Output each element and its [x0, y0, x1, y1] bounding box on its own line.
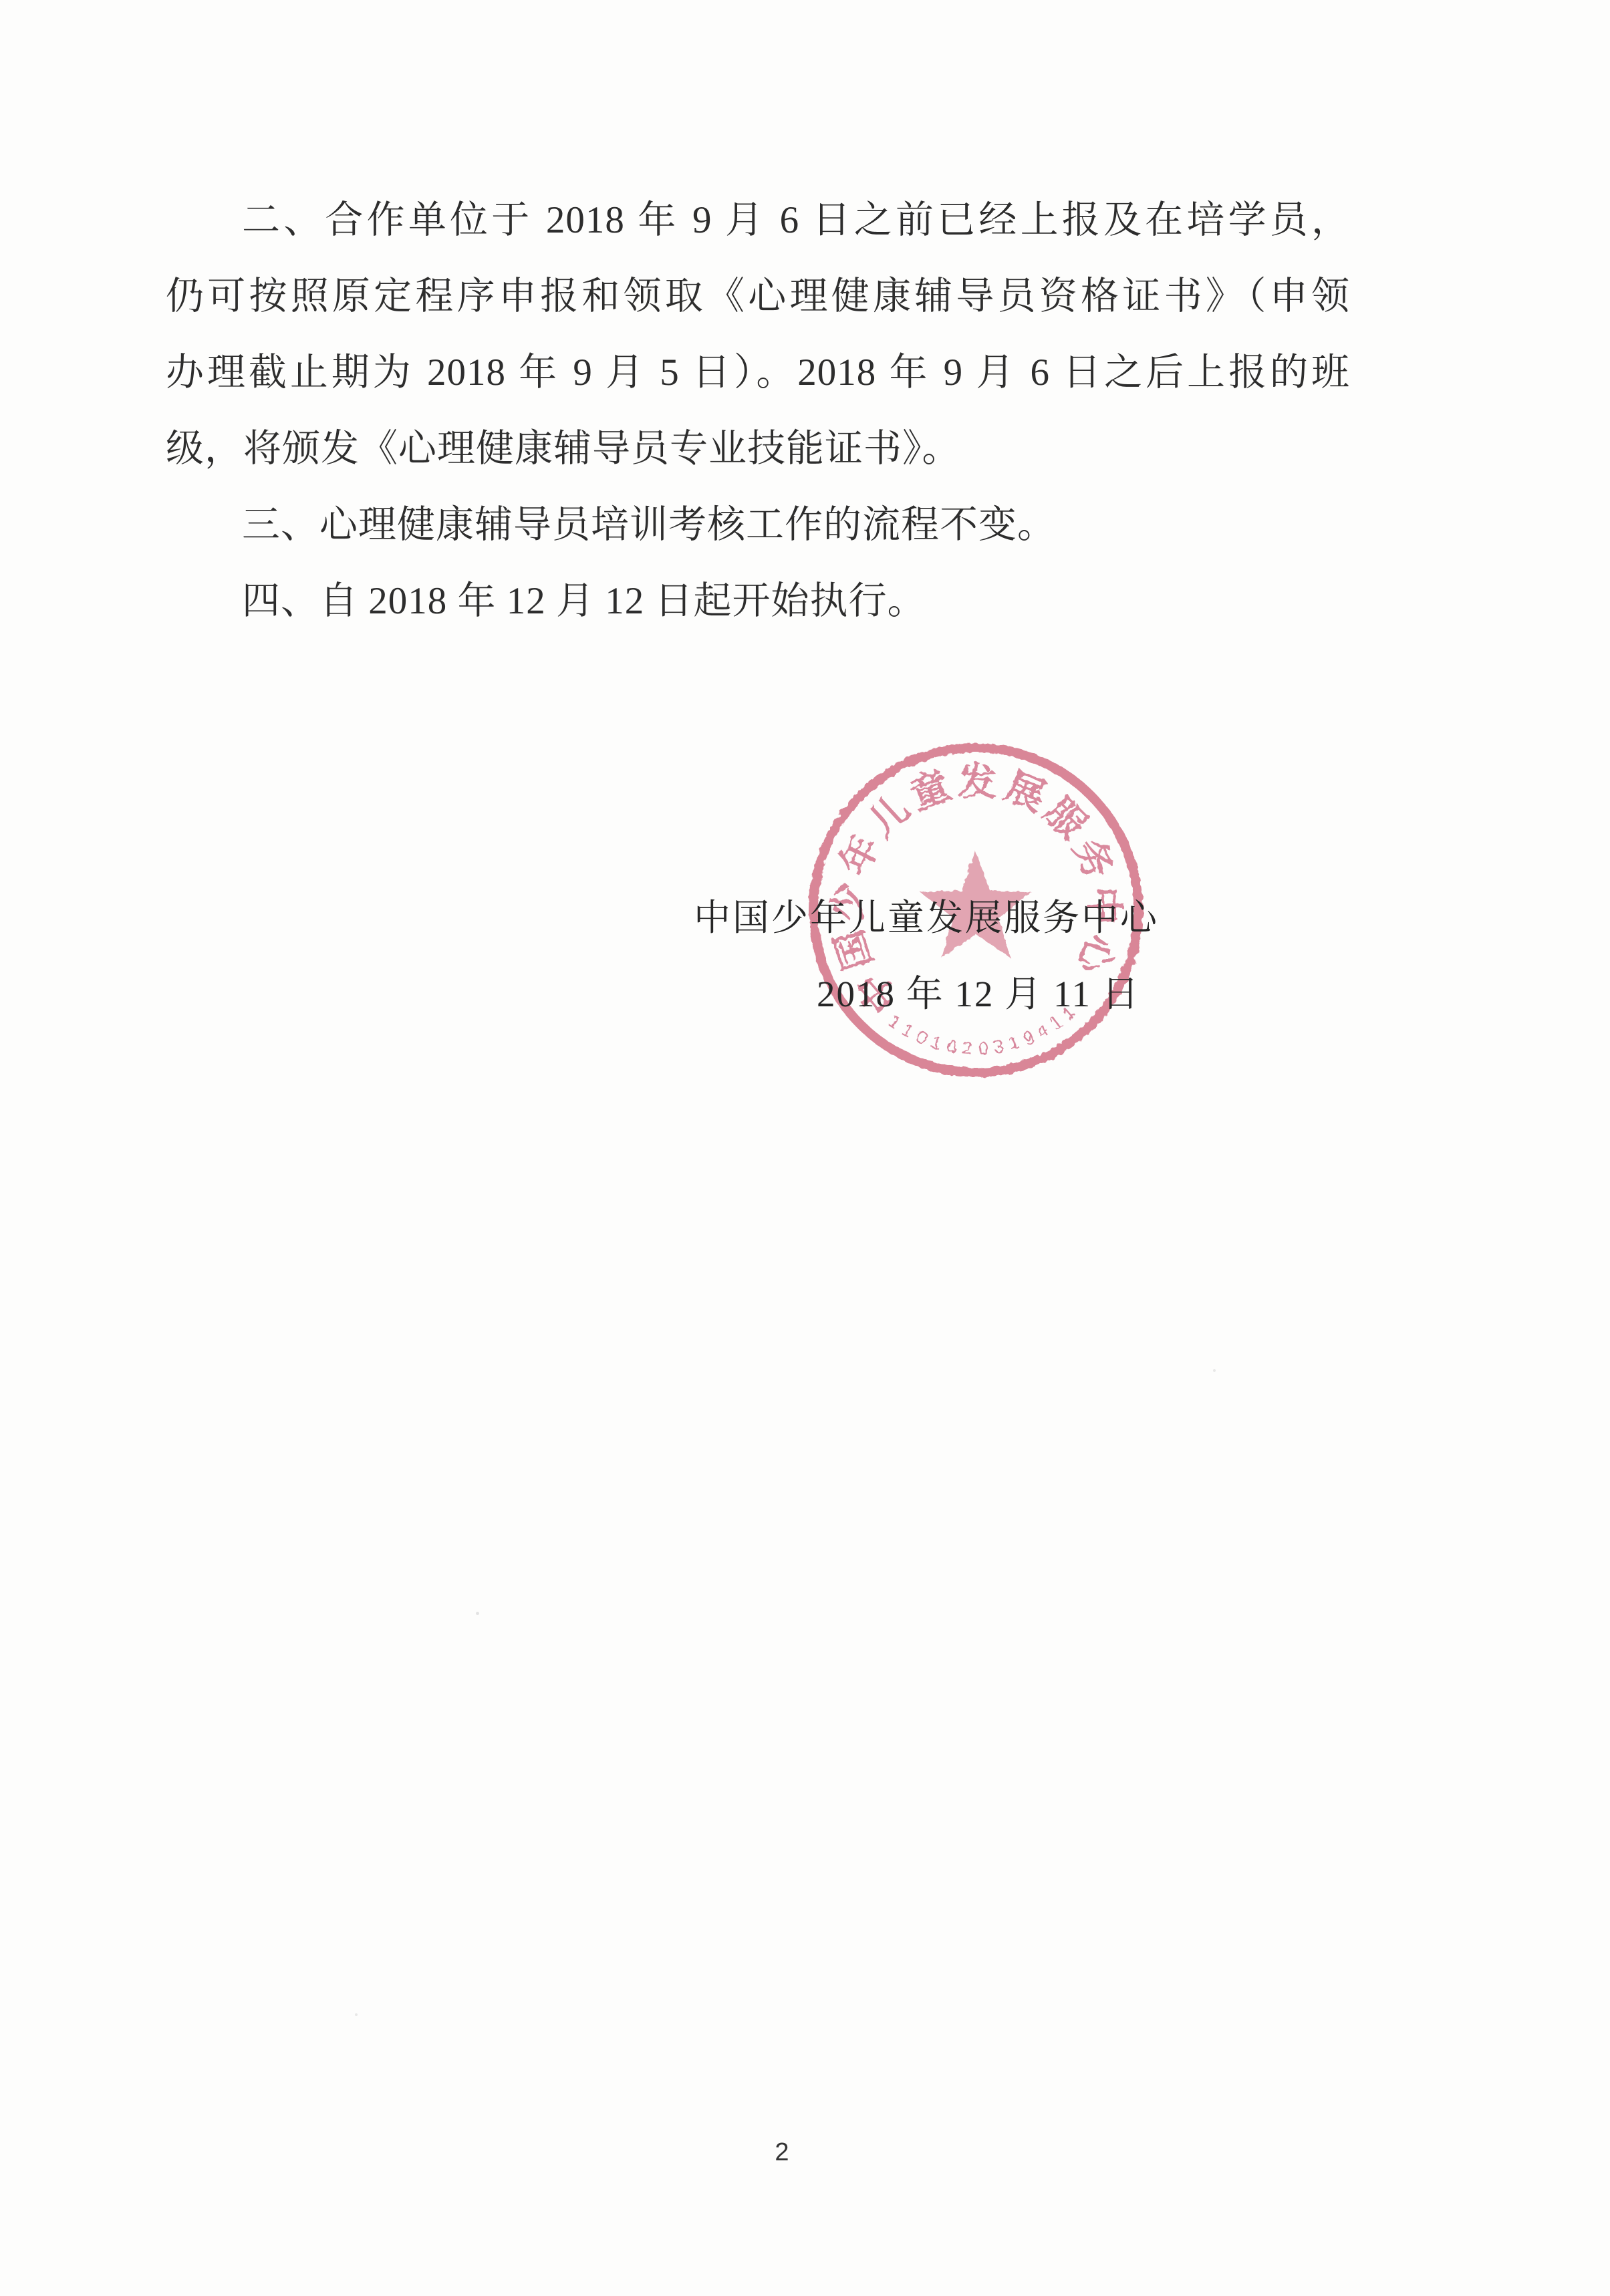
- svg-text:年: 年: [832, 829, 888, 882]
- text-line: 四、自 2018 年 12 月 12 日起开始执行。: [166, 563, 1350, 639]
- svg-text:0: 0: [913, 1026, 930, 1048]
- svg-text:儿: 儿: [860, 787, 918, 845]
- text-line: 三、心理健康辅导员培训考核工作的流程不变。: [166, 487, 1350, 563]
- signature-date: 2018 年 12 月 11 日: [817, 974, 1140, 1014]
- scan-speck: [355, 2013, 358, 2016]
- svg-text:3: 3: [992, 1036, 1005, 1057]
- svg-text:0: 0: [945, 1036, 958, 1057]
- document-page: 二、合作单位于 2018 年 9 月 6 日之前已经上报及在培学员， 仍可按照原…: [0, 0, 1610, 2296]
- document-body: 二、合作单位于 2018 年 9 月 6 日之前已经上报及在培学员， 仍可按照原…: [166, 182, 1350, 639]
- svg-text:童: 童: [904, 763, 956, 817]
- text-line: 级，将颁发《心理健康辅导员专业技能证书》。: [166, 411, 1350, 487]
- svg-text:发: 发: [958, 760, 997, 805]
- signature-org-name: 中国少年儿童发展服务中心: [694, 898, 1159, 938]
- svg-text:2: 2: [962, 1038, 973, 1058]
- scan-speck: [476, 1612, 479, 1615]
- svg-text:展: 展: [999, 764, 1052, 819]
- svg-text:1: 1: [898, 1019, 917, 1042]
- page-number: 2: [762, 2138, 802, 2167]
- svg-text:4: 4: [1033, 1020, 1052, 1042]
- svg-text:1: 1: [1007, 1032, 1022, 1054]
- text-line: 仍可按照原定程序申报和领取《心理健康辅导员资格证书》（申领: [166, 259, 1350, 335]
- svg-text:1: 1: [929, 1032, 944, 1054]
- svg-text:服: 服: [1037, 790, 1095, 848]
- svg-text:务: 务: [1065, 833, 1121, 885]
- text-line: 二、合作单位于 2018 年 9 月 6 日之前已经上报及在培学员，: [166, 182, 1350, 259]
- svg-text:9: 9: [1021, 1027, 1037, 1049]
- scan-speck: [1213, 1369, 1216, 1372]
- text-line: 办理截止期为 2018 年 9 月 5 日）。2018 年 9 月 6 日之后上…: [166, 335, 1350, 411]
- svg-text:0: 0: [978, 1038, 989, 1058]
